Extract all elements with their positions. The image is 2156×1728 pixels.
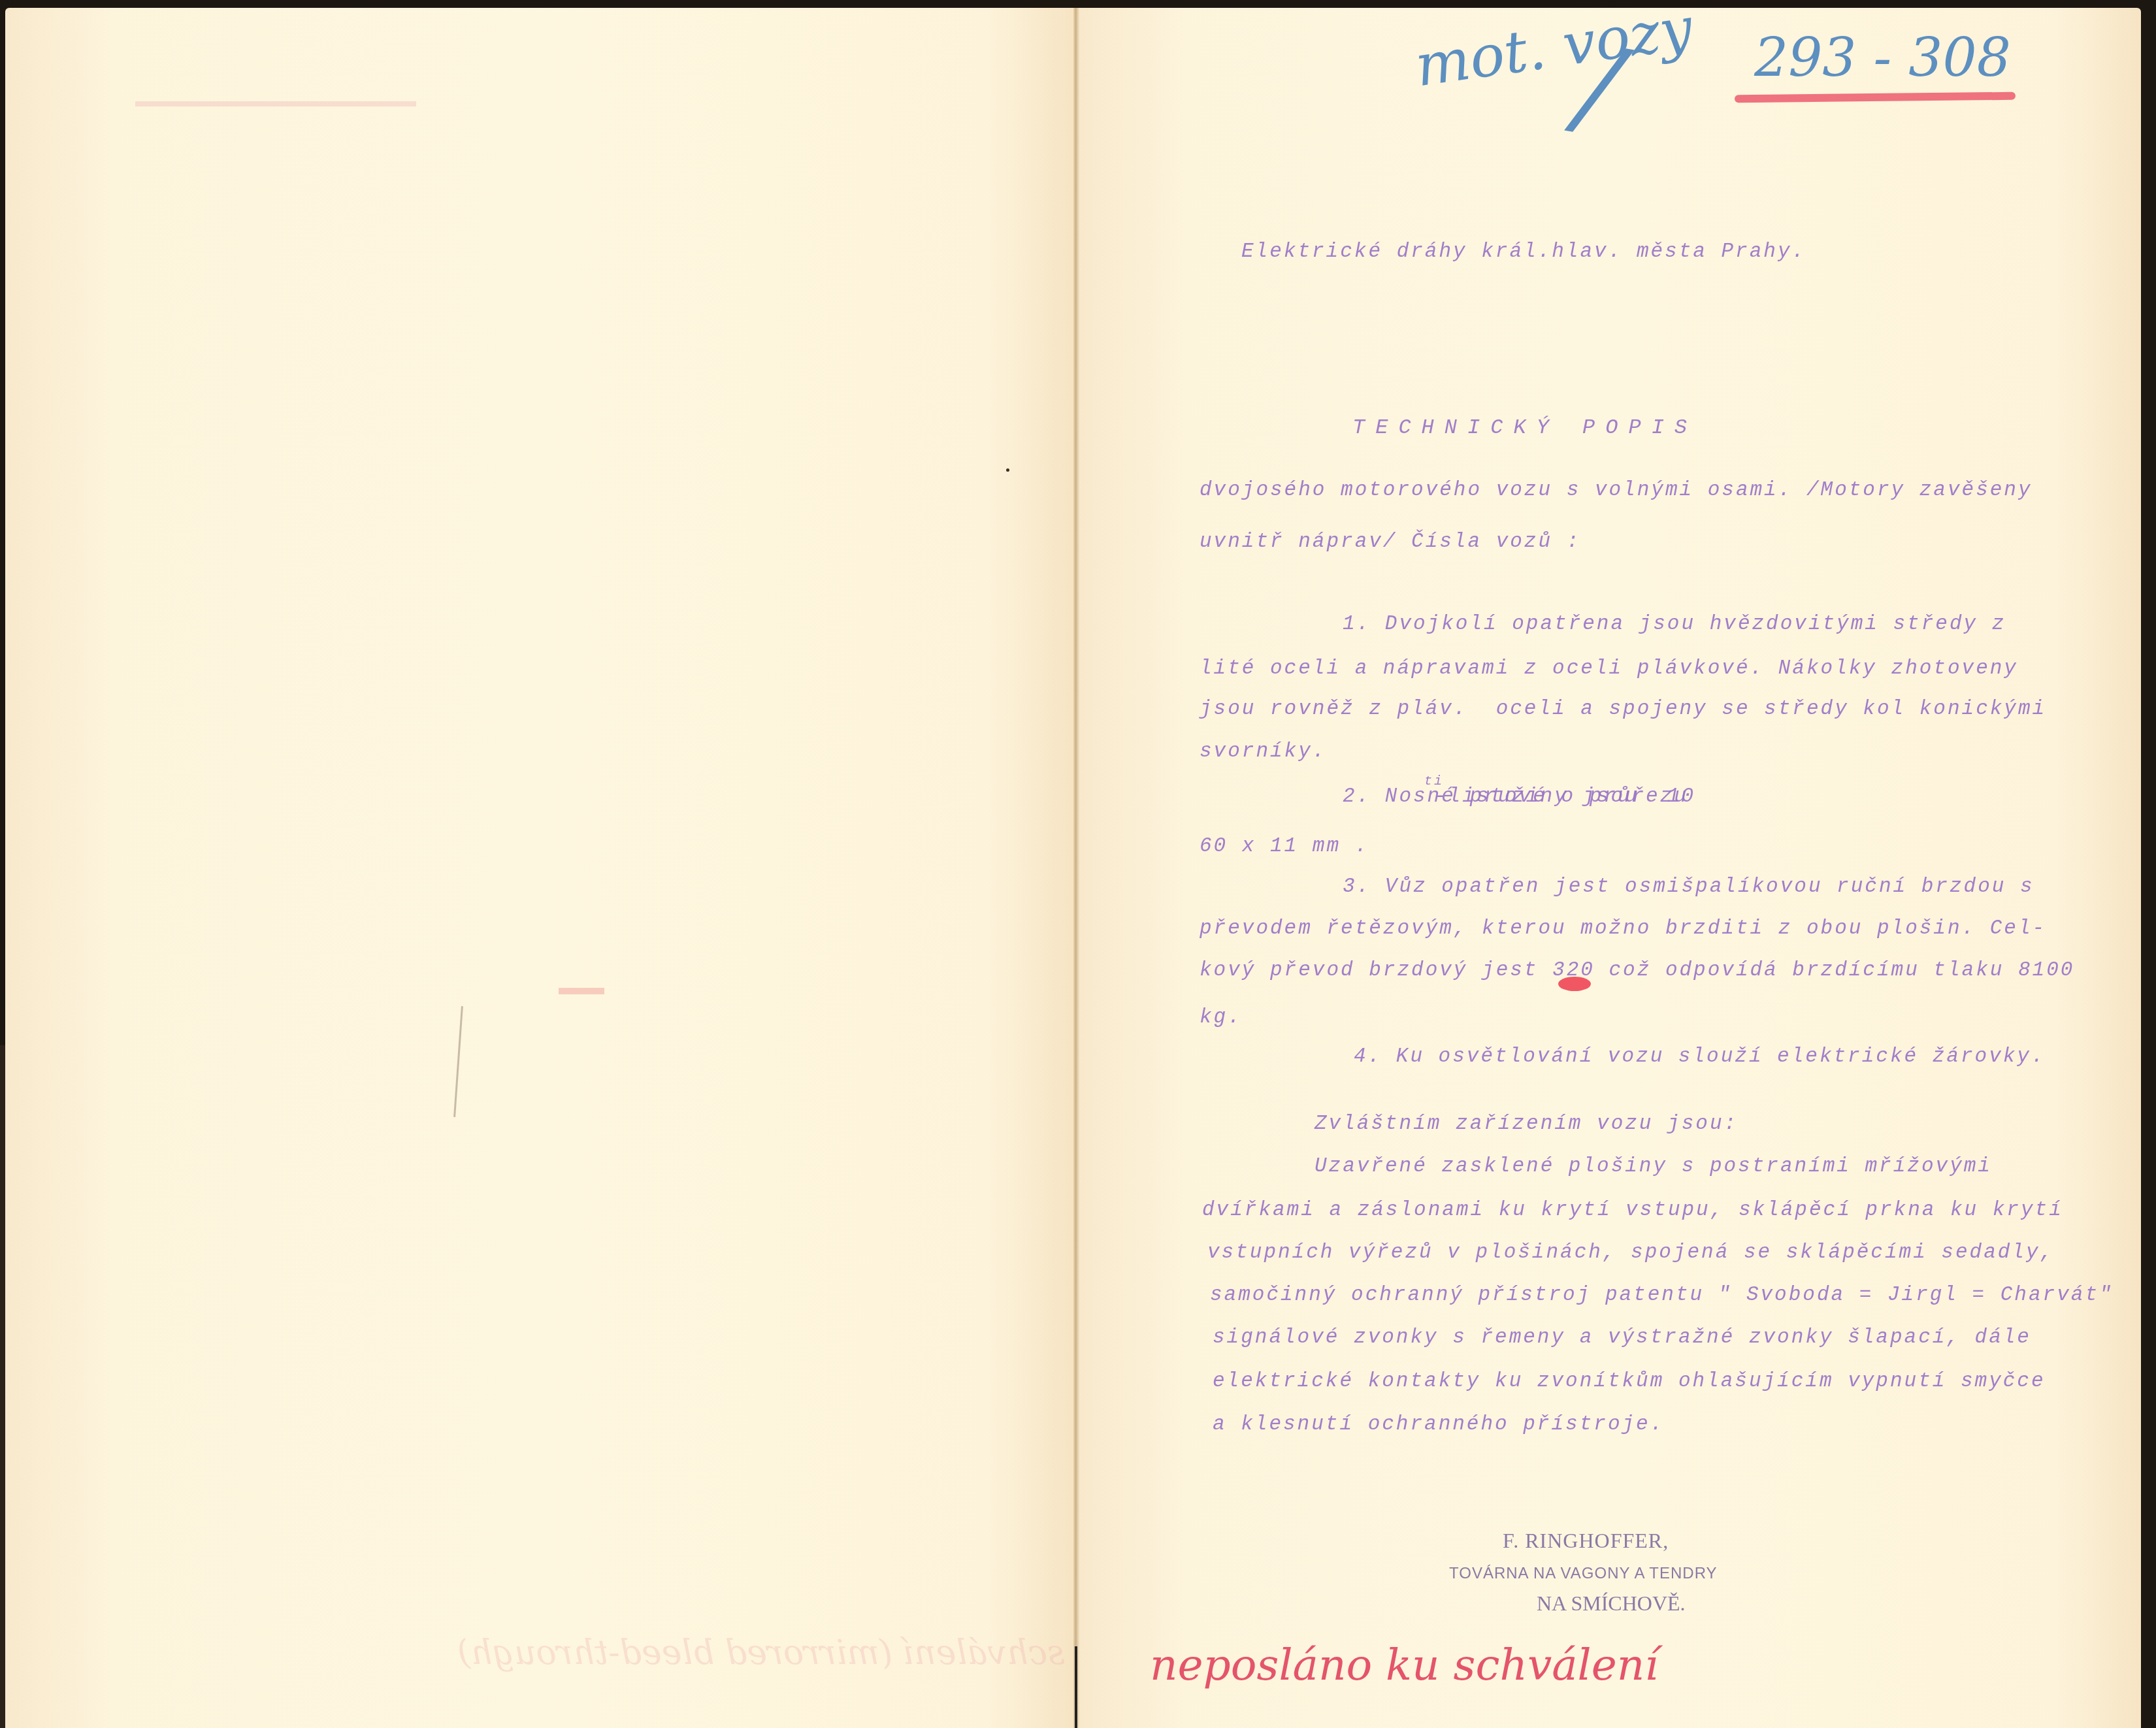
document-header: Elektrické dráhy král.hlav. města Prahy.	[1241, 240, 1806, 263]
intro-line: dvojosého motorového vozu s volnými osam…	[1200, 479, 2033, 502]
section-3-line: kg.	[1200, 1006, 1242, 1029]
section-2-line: 60 x 11 mm .	[1200, 835, 1369, 858]
left-page	[5, 8, 1073, 1728]
section-3-line: kový převod brzdový jest 320 což odpovíd…	[1200, 959, 2074, 982]
special-equipment-line: elektrické kontakty ku zvonítkům ohlašuj…	[1213, 1370, 2046, 1393]
section-1-line: 1. Dvojkolí opatřena jsou hvězdovitými s…	[1343, 613, 2006, 636]
section-3-line: 3. Vůz opatřen jest osmišpalíkovou ruční…	[1343, 875, 2034, 898]
special-equipment-line: signálové zvonky s řemeny a výstražné zv…	[1213, 1326, 2031, 1349]
handwritten-approval-note: neposláno ku schválení	[1150, 1640, 1658, 1690]
document-title: TECHNICKÝ POPIS	[1352, 416, 1697, 440]
special-equipment-line: dvířkami a záslonami ku krytí vstupu, sk…	[1202, 1199, 2063, 1222]
red-pencil-mark-320	[1558, 977, 1591, 991]
handwritten-car-numbers: 293 - 308	[1754, 27, 2011, 90]
manufacturer-stamp-name: F. RINGHOFFER,	[1503, 1529, 1669, 1553]
section-1-line: jsou rovněž z pláv. oceli a spojeny se s…	[1200, 698, 2046, 721]
page-gutter	[1073, 8, 1079, 1728]
manufacturer-stamp-location: NA SMÍCHOVĚ.	[1537, 1591, 1686, 1616]
section-1-line: svorníky.	[1200, 740, 1326, 763]
manufacturer-stamp-subtitle: TOVÁRNA NA VAGONY A TENDRY	[1449, 1565, 1718, 1583]
section-3-line: převodem řetězovým, kterou možno brzditi…	[1200, 917, 2046, 940]
special-equipment-line: Uzavřené zasklené plošiny s postraními m…	[1315, 1155, 1992, 1178]
right-page	[1079, 8, 2141, 1728]
special-equipment-line: samočinný ochranný přístroj patentu " Sv…	[1210, 1284, 2114, 1307]
special-equipment-line: vstupních výřezů v plošinách, spojená se…	[1207, 1241, 2054, 1264]
intro-line: uvnitř náprav/ Čísla vozů :	[1200, 530, 1580, 553]
faint-red-smudge	[559, 988, 604, 994]
scan-edge-shadow	[0, 1045, 5, 1728]
faint-red-mark	[135, 101, 416, 106]
section-1-line: lité oceli a nápravami z oceli plávkové.…	[1200, 657, 2018, 680]
special-equipment-line: a klesnutí ochranného přístroje.	[1213, 1413, 1664, 1436]
section-2-line: -listové o průřezu	[1434, 785, 1688, 808]
gutter-shadow	[1075, 1646, 1077, 1728]
ink-dot	[1006, 468, 1009, 472]
special-equipment-heading: Zvláštním zařízením vozu jsou:	[1315, 1113, 1738, 1135]
section-4-line: 4. Ku osvětlování vozu slouží elektrické…	[1354, 1045, 2046, 1068]
scan-edge-right	[2141, 1045, 2156, 1728]
